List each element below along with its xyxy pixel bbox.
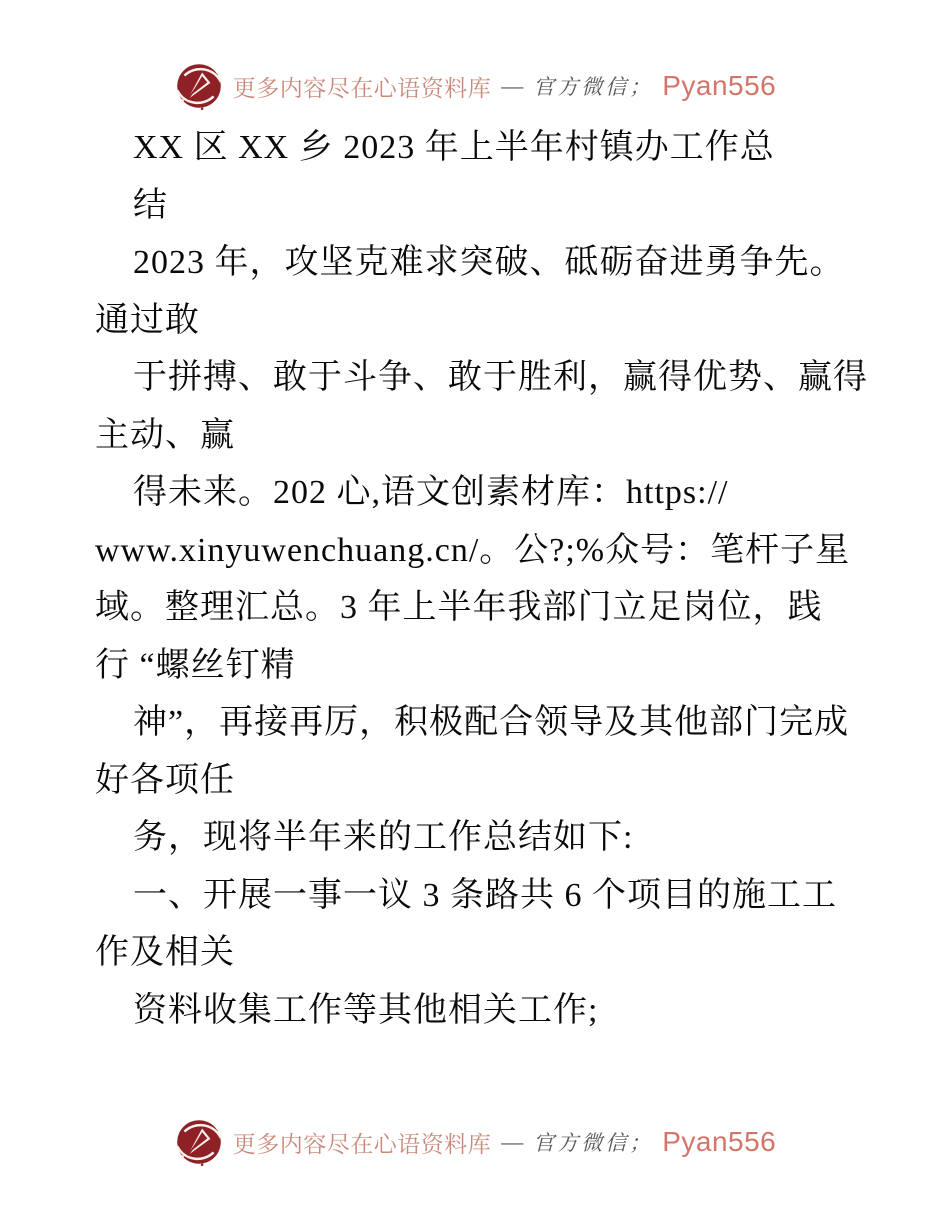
footer-brand-bar: 更多内容尽在心语资料库—官方微信； Pyan556 — [0, 1112, 950, 1172]
text-line: 于拼搏、敢于斗争、敢于胜利，赢得优势、赢得 — [95, 349, 870, 407]
wechat-id: Pyan556 — [662, 70, 776, 102]
pen-swirl-logo-icon — [174, 1115, 224, 1169]
text-line: 好各项任 — [95, 752, 870, 810]
header-brand-bar: 更多内容尽在心语资料库—官方微信； Pyan556 — [0, 56, 950, 116]
text-line: 通过敢 — [95, 292, 870, 350]
text-line: 域。整理汇总。3 年上半年我部门立足岗位，践 — [95, 579, 870, 637]
text-line: www.xinyuwenchuang.cn/。公?;%众号：笔杆子星 — [95, 522, 870, 580]
text-line: 得未来。202 心,语文创素材库：https:// — [95, 464, 870, 522]
text-line: 行 “螺丝钉精 — [95, 637, 870, 695]
text-line: 作及相关 — [95, 924, 870, 982]
title-line: 结 — [95, 177, 870, 235]
wechat-id: Pyan556 — [662, 1126, 776, 1158]
wechat-label: 官方微信； — [533, 71, 653, 101]
text-line: 一、开展一事一议 3 条路共 6 个项目的施工工 — [95, 867, 870, 925]
pen-swirl-logo-icon — [174, 59, 224, 113]
text-line: 主动、赢 — [95, 407, 870, 465]
brand-dash: — — [501, 1129, 523, 1155]
text-line: 2023 年，攻坚克难求突破、砥砺奋进勇争先。 — [95, 234, 870, 292]
title-line: XX 区 XX 乡 2023 年上半年村镇办工作总 — [95, 119, 870, 177]
wechat-label: 官方微信； — [533, 1127, 653, 1157]
document-body: XX 区 XX 乡 2023 年上半年村镇办工作总结2023 年，攻坚克难求突破… — [95, 119, 870, 1039]
text-line: 务，现将半年来的工作总结如下: — [95, 809, 870, 867]
brand-text: 更多内容尽在心语资料库 — [233, 70, 492, 103]
text-line: 资料收集工作等其他相关工作; — [95, 982, 870, 1040]
text-line: 神”，再接再厉，积极配合领导及其他部门完成 — [95, 694, 870, 752]
brand-dash: — — [501, 73, 523, 99]
brand-text: 更多内容尽在心语资料库 — [233, 1126, 492, 1159]
document-page: 更多内容尽在心语资料库—官方微信； Pyan556 XX 区 XX 乡 2023… — [0, 0, 950, 1230]
